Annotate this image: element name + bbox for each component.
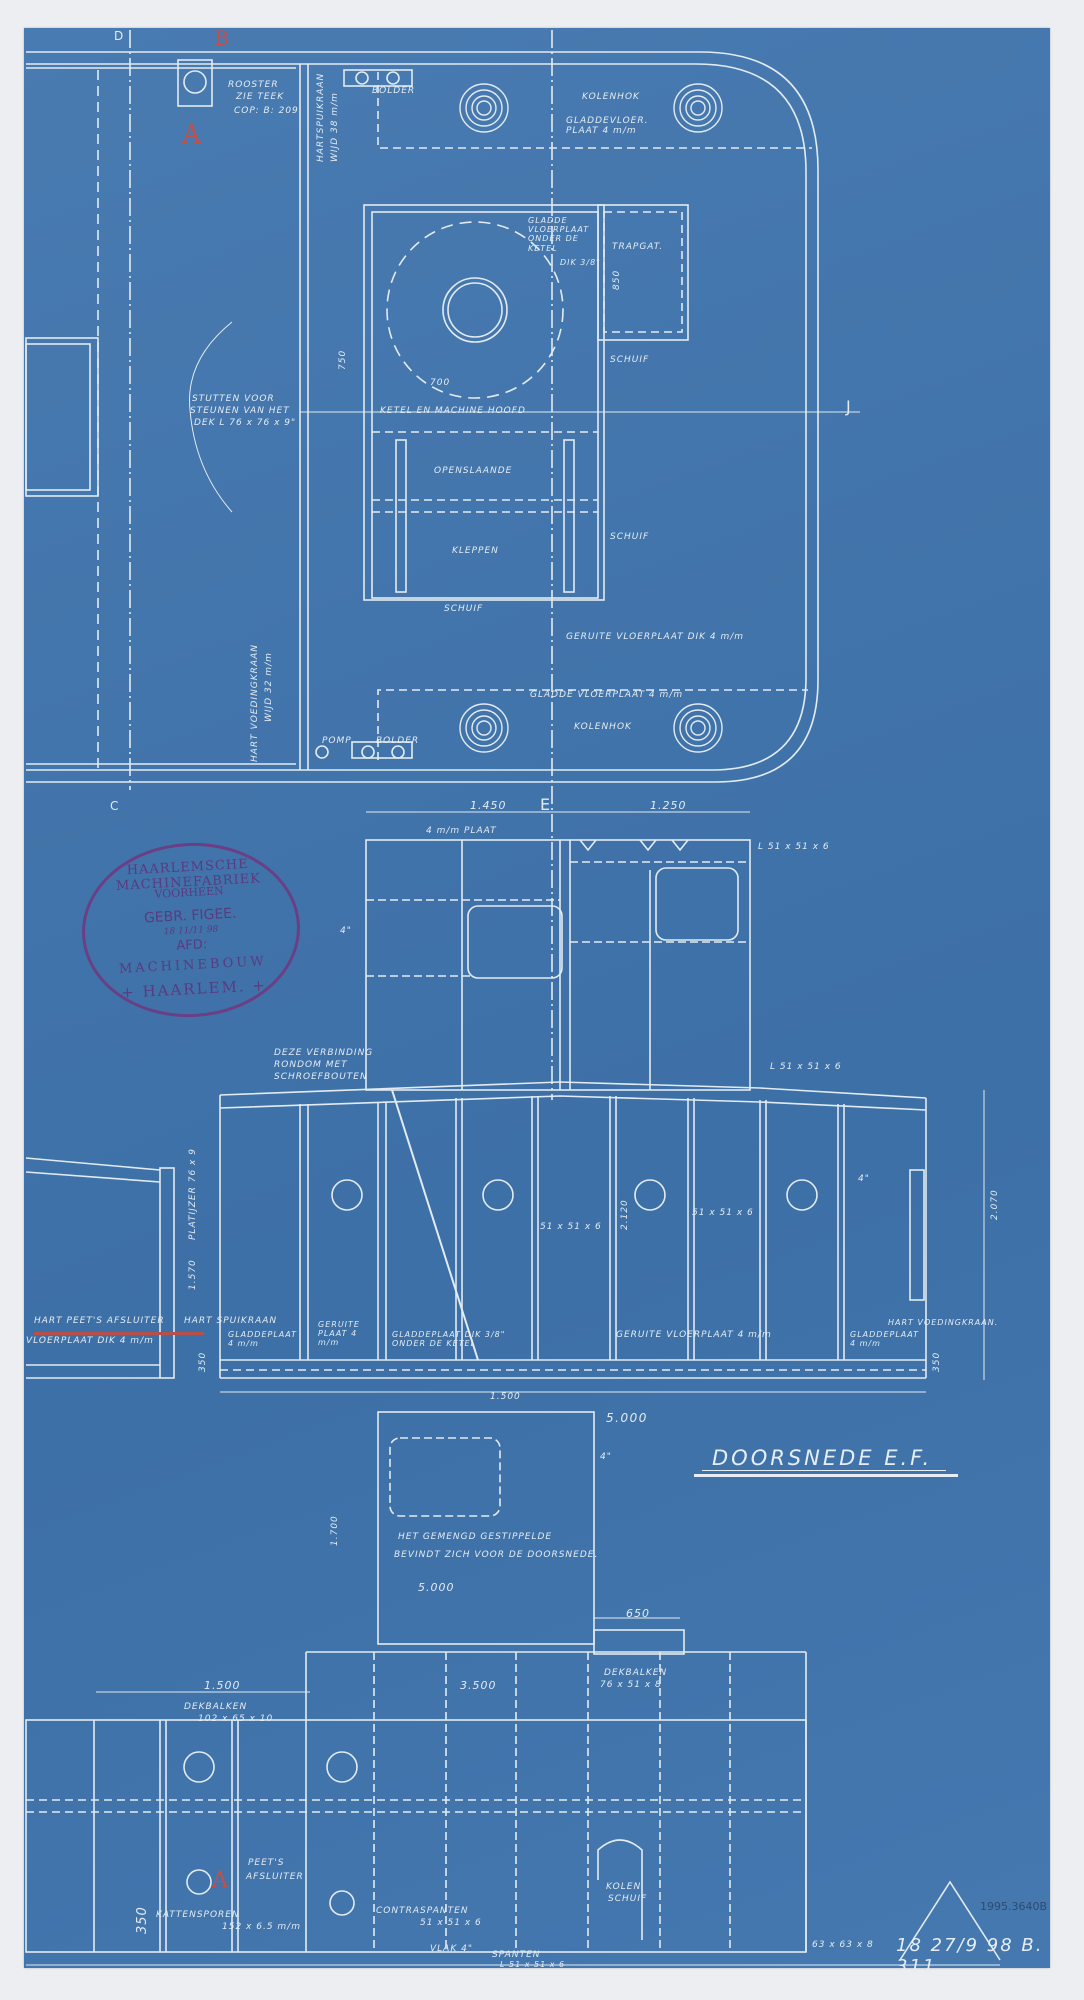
label-gladdevloer-top: GLADDEVLOER. PLAAT 4 m/m: [566, 116, 666, 137]
label-wijd-38: WIJD 38 m/m: [330, 92, 340, 162]
label-rooster: ROOSTER: [228, 80, 279, 90]
label-hart-spuikraan: HART SPUIKRAAN: [184, 1316, 277, 1326]
label-dezeverbinding-2: RONDOM MET: [274, 1060, 348, 1070]
label-dekbalken-left-1: DEKBALKEN: [184, 1702, 247, 1712]
label-kolenhok-bottom: KOLENHOK: [574, 722, 632, 732]
label-plaat: 4 m/m PLAAT: [426, 826, 497, 836]
label-gladdeplaat-left: GLADDEPLAAT 4 m/m: [228, 1330, 298, 1348]
label-t4-right: 4": [858, 1174, 870, 1184]
label-contraspanten-1: CONTRASPANTEN: [376, 1906, 469, 1916]
label-geruite-plaat: GERUITE PLAAT 4 m/m: [318, 1320, 368, 1348]
label-stutten-1: STUTTEN VOOR: [192, 394, 275, 404]
red-marker-a-bottom: A: [212, 1868, 228, 1893]
section-marker-j: J: [846, 398, 852, 416]
label-dim-350-right: 350: [932, 1352, 942, 1372]
drawing-date-number: 18 27/9 98 B. 311: [896, 1935, 1084, 1977]
label-gladdeplaat-right: GLADDEPLAAT 4 m/m: [850, 1330, 920, 1348]
label-openslaande: OPENSLAANDE: [434, 466, 512, 476]
label-schuif-2: SCHUIF: [610, 532, 649, 542]
label-wijd-32: WIJD 32 m/m: [264, 652, 274, 722]
label-t4: 4": [340, 926, 352, 936]
label-dim-650: 650: [626, 1608, 650, 1621]
label-geruite-vloerplaat-section: GERUITE VLOERPLAAT 4 m/m: [616, 1330, 772, 1340]
section-marker-c: C: [110, 800, 120, 814]
label-stutten-2: STEUNEN VAN HET: [190, 406, 290, 416]
label-ketel-machine-hoofd: KETEL EN MACHINE HOOFD: [380, 406, 526, 416]
label-dekbalken-left-2: 102 x 65 x 10: [198, 1714, 273, 1724]
label-note-1: HET GEMENGD GESTIPPELDE: [398, 1532, 552, 1542]
label-dim-850: 850: [612, 270, 622, 290]
label-angle-mid: L 51 x 51 x 6: [770, 1062, 842, 1072]
label-peets-2: AFSLUITER: [246, 1872, 304, 1882]
label-geruite-vloerplaat: GERUITE VLOERPLAAT DIK 4 m/m: [566, 632, 744, 642]
label-dim-1500: 1.500: [204, 1680, 241, 1693]
label-dezeverbinding-3: SCHROEFBOUTEN: [274, 1072, 368, 1082]
label-dim-1500-top: 1.500: [490, 1392, 521, 1402]
label-dim-2120: 2.120: [620, 1199, 630, 1230]
label-pomp: POMP: [322, 736, 352, 746]
label-kolenhok-top: KOLENHOK: [582, 92, 640, 102]
label-schuif-1: SCHUIF: [610, 355, 649, 365]
label-platijzer: PLATIJZER 76 x 9: [188, 1148, 198, 1240]
label-spanten-1: SPANTEN: [492, 1950, 541, 1960]
label-dim-5000-lower: 5.000: [418, 1582, 455, 1595]
label-hart-peets-afsluiter: HART PEET'S AFSLUITER: [34, 1316, 165, 1326]
red-underline: [34, 1332, 204, 1335]
label-dim-2070: 2.070: [990, 1189, 1000, 1220]
label-bolder-bottom: BOLDER: [376, 736, 419, 746]
label-peets-1: PEET'S: [248, 1858, 285, 1868]
title-underline: [694, 1474, 958, 1477]
label-trapgat: TRAPGAT.: [612, 242, 663, 252]
label-angle-top: L 51 x 51 x 6: [758, 842, 830, 852]
label-vlak: VLAK 4": [430, 1944, 473, 1954]
label-zieteek: ZIE TEEK: [236, 92, 284, 102]
label-kolen-schuif: SCHUIF: [608, 1894, 647, 1904]
label-hart-voedingkraan: HART VOEDINGKRAAN.: [888, 1318, 998, 1327]
label-dim-5000-section: 5.000: [606, 1412, 648, 1426]
label-kleppen: KLEPPEN: [452, 546, 499, 556]
label-note-2: BEVINDT ZICH VOOR DE DOORSNEDE.: [394, 1550, 598, 1560]
label-gladdeplaat-ketel: GLADDEPLAAT DIK 3/8" ONDER DE KETEL: [392, 1330, 542, 1348]
label-dim-3500: 3.500: [460, 1680, 497, 1693]
label-gladde-vloerplaat-ketel: GLADDE VLOERPLAAT ONDER DE KETEL: [528, 216, 598, 253]
section-marker-e: E: [540, 796, 552, 814]
archive-number: 1995.3640B: [980, 1900, 1047, 1913]
label-bolder-top: BOLDER: [372, 86, 415, 96]
label-hartspuikraan: HARTSPUIKRAAN: [316, 73, 326, 162]
label-angle-51-b: 51 x 51 x 6: [692, 1208, 754, 1218]
label-stutten-3: DEK L 76 x 76 x 9": [194, 418, 296, 428]
label-dim-1250: 1.250: [650, 800, 687, 813]
label-vloerplaat-dik: VLOERPLAAT DIK 4 m/m: [26, 1336, 154, 1346]
label-dekbalken-right-2: 76 x 51 x 8: [600, 1680, 662, 1690]
label-t4-lower: 4": [600, 1452, 612, 1462]
label-kattensporen-2: 152 x 6.5 m/m: [222, 1922, 301, 1932]
label-dezeverbinding-1: DEZE VERBINDING: [274, 1048, 373, 1058]
label-dim-350-left: 350: [198, 1352, 208, 1372]
label-dim-1450: 1.450: [470, 800, 507, 813]
label-schuif-3: SCHUIF: [444, 604, 483, 614]
label-dim-350-lower: 350: [136, 1906, 151, 1934]
label-cop: COP: B: 209: [234, 106, 299, 116]
label-dim-750: 750: [338, 350, 348, 370]
label-hartvoedingkraan: HART VOEDINGKRAAN: [250, 644, 260, 762]
label-kolen: KOLEN: [606, 1882, 641, 1892]
label-angle-63: 63 x 63 x 8: [812, 1940, 874, 1950]
label-angle-51-a: 51 x 51 x 6: [540, 1222, 602, 1232]
red-marker-a-top: A: [182, 120, 201, 150]
red-marker-b-top: B: [214, 26, 229, 50]
label-contraspanten-2: 51 x 51 x 6: [420, 1918, 482, 1928]
title-underline-thin: [702, 1470, 946, 1471]
label-dekbalken-right-1: DEKBALKEN: [604, 1668, 667, 1678]
label-dim-1700: 1.700: [330, 1515, 340, 1546]
drawing-date: 18 27/9 98: [896, 1935, 1014, 1956]
label-dim-1570: 1.570: [188, 1259, 198, 1290]
label-spanten-2: L 51 x 51 x 6: [500, 1960, 565, 1969]
label-gladde-vloerplaat-bottom: GLADDE VLOERPLAAT 4 m/m: [530, 690, 683, 700]
drawing-title: DOORSNEDE E.F.: [712, 1446, 932, 1470]
section-marker-d: D: [114, 30, 125, 44]
label-dik: DIK 3/8": [560, 258, 601, 267]
lower-view-lines: [26, 1412, 1000, 1965]
label-dim-700: 700: [430, 378, 450, 388]
label-kattensporen-1: KATTENSPOREN: [156, 1910, 240, 1920]
